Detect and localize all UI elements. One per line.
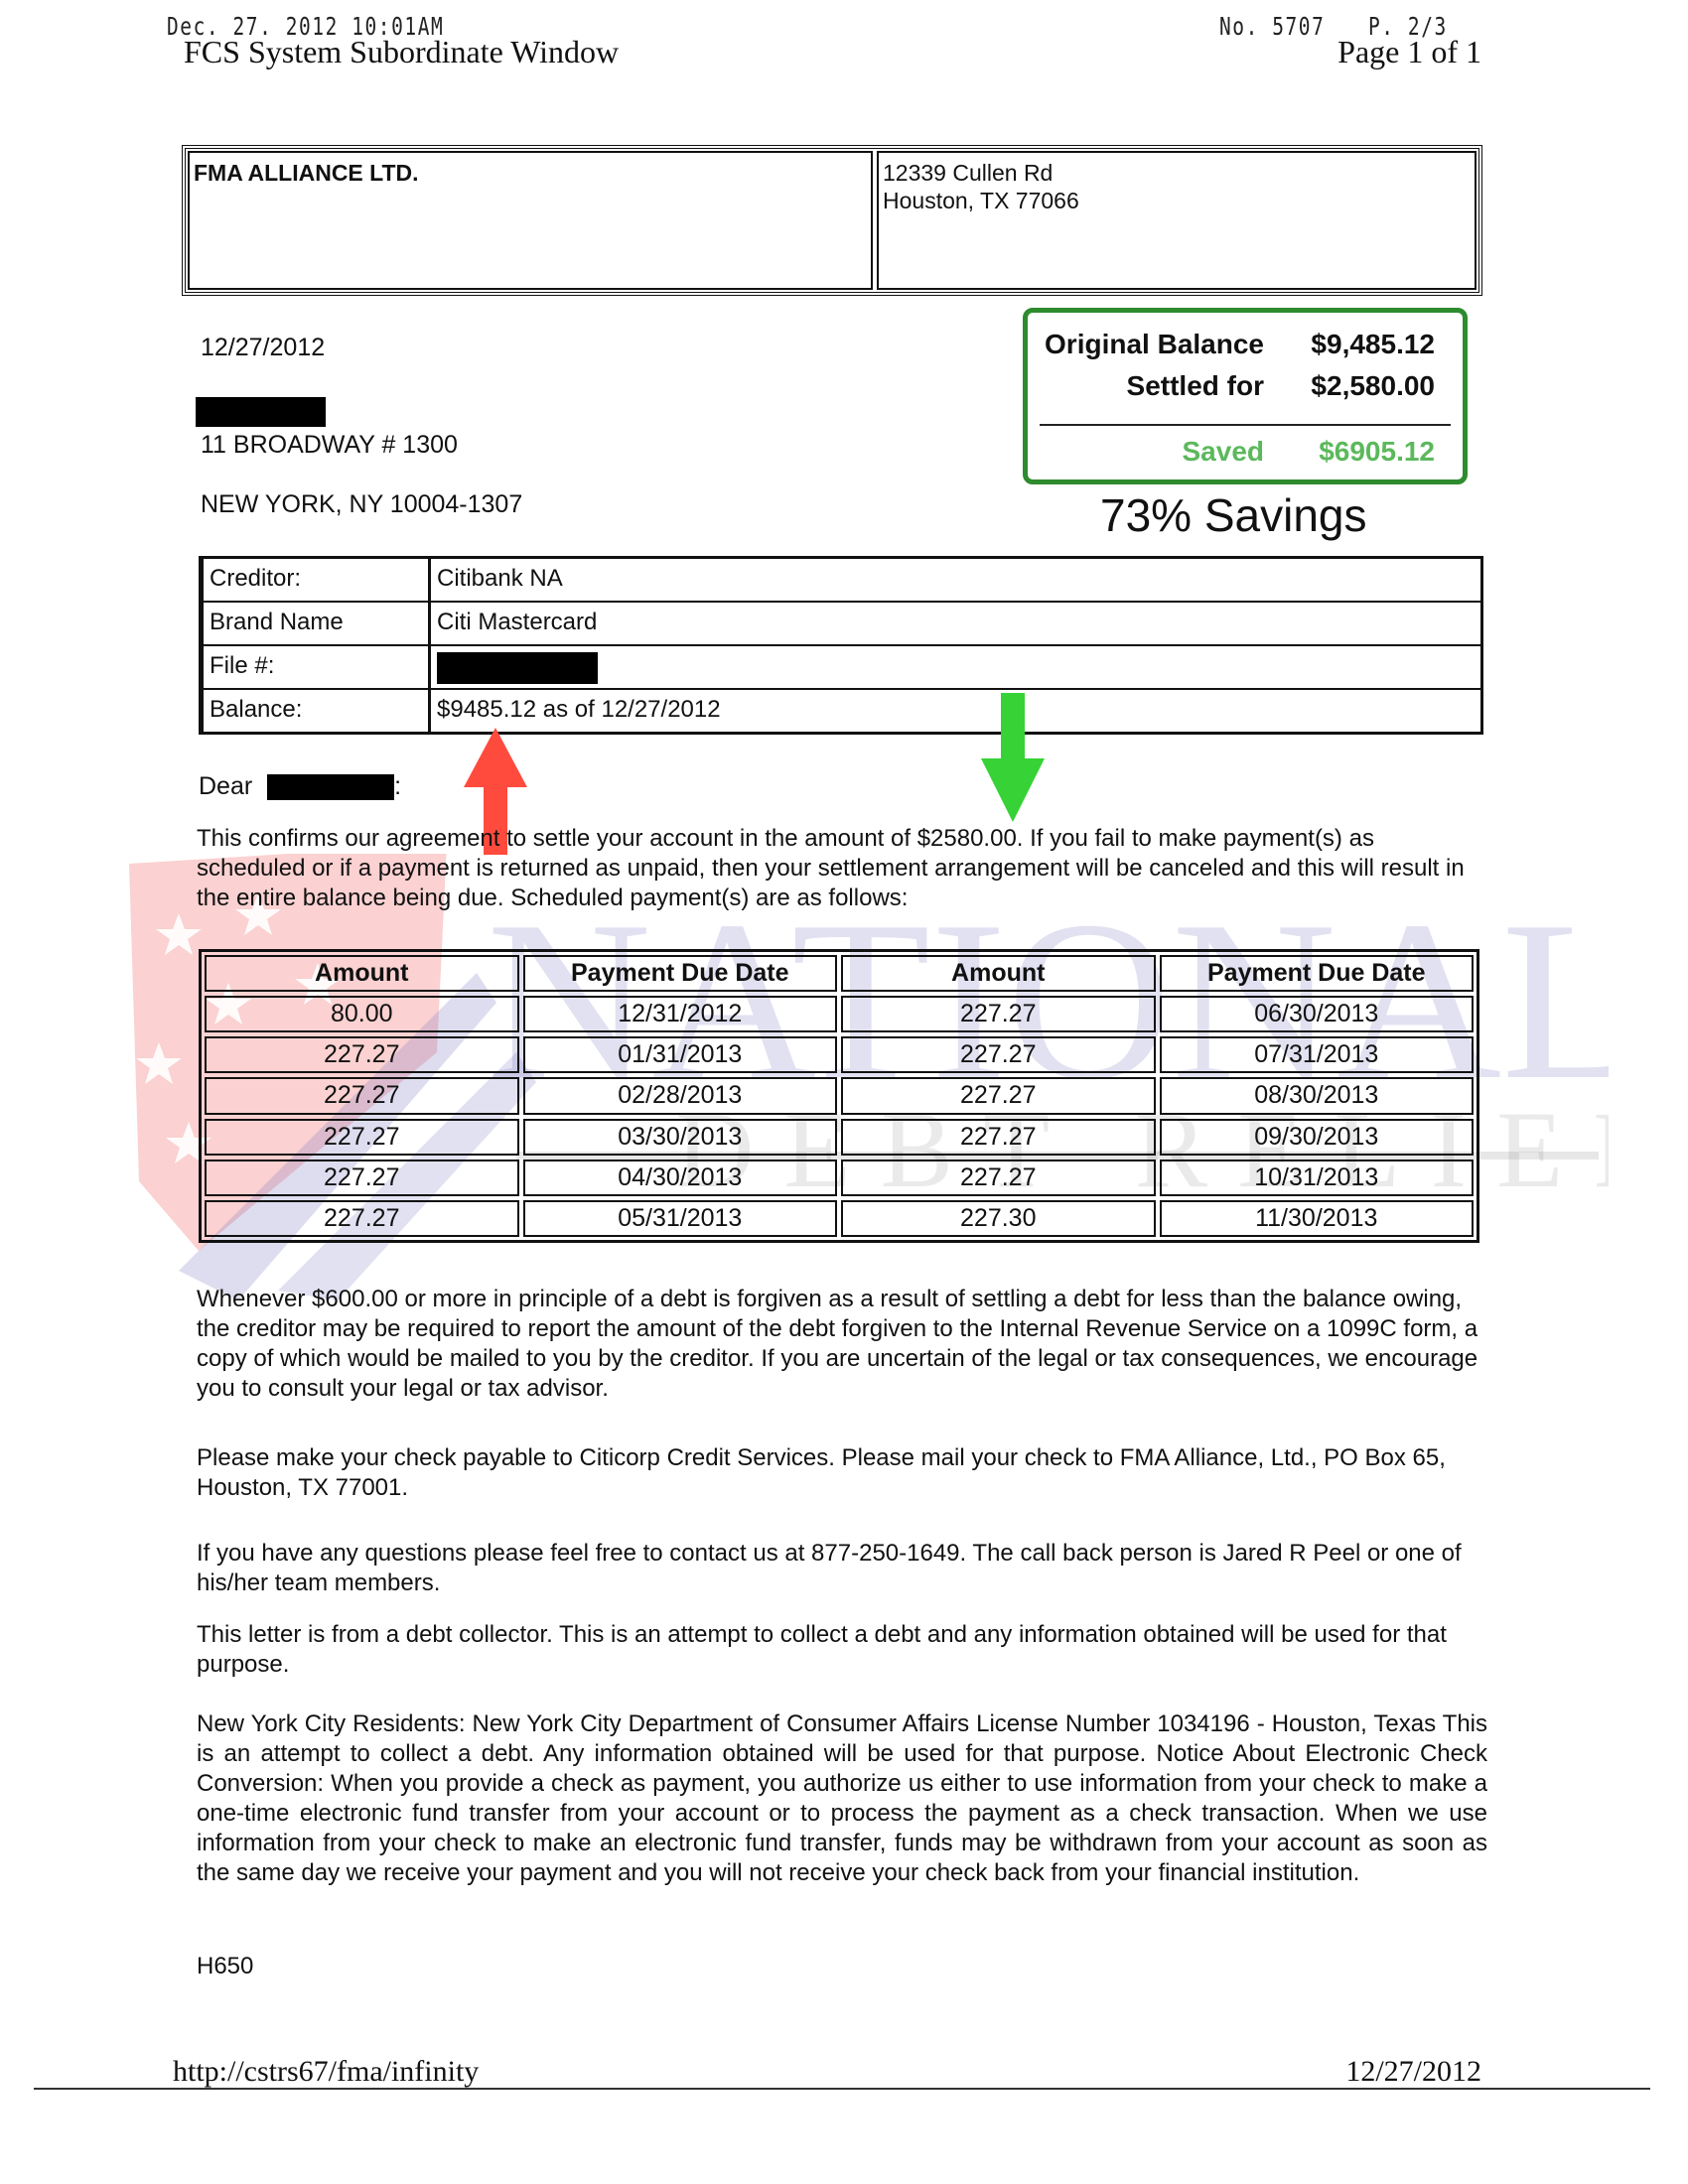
- savings-percent: 73% Savings: [1100, 488, 1367, 542]
- account-value: $9485.12 as of 12/27/2012: [430, 690, 1480, 732]
- account-info-table: Creditor: Citibank NA Brand Name Citi Ma…: [199, 556, 1483, 735]
- original-balance-row: Original Balance $9,485.12: [1045, 329, 1435, 360]
- schedule-date-cell: 04/30/2013: [523, 1160, 838, 1196]
- schedule-date-cell: 11/30/2013: [1160, 1200, 1475, 1237]
- schedule-date-cell: 07/31/2013: [1160, 1036, 1475, 1073]
- collector-address-line1: 12339 Cullen Rd: [883, 159, 1471, 187]
- salutation-suffix: :: [394, 772, 401, 800]
- contact-paragraph: If you have any questions please feel fr…: [197, 1539, 1487, 1598]
- saved-value: $6905.12: [1276, 436, 1435, 468]
- schedule-header: Payment Due Date: [523, 955, 838, 992]
- footer-date: 12/27/2012: [1345, 2055, 1481, 2089]
- salutation-name-redacted: [267, 774, 394, 800]
- account-row-brand: Brand Name Citi Mastercard: [202, 603, 1480, 646]
- schedule-amount-cell: 227.27: [841, 1119, 1156, 1156]
- summary-divider: [1040, 424, 1451, 426]
- schedule-amount-cell: 227.27: [205, 1119, 519, 1156]
- schedule-amount-cell: 227.30: [841, 1200, 1156, 1237]
- schedule-date-cell: 05/31/2013: [523, 1200, 838, 1237]
- account-value-file: [430, 646, 1480, 688]
- salutation: Dear :: [199, 772, 401, 801]
- settled-for-label: Settled for: [1127, 370, 1264, 402]
- collector-box: FMA ALLIANCE LTD. 12339 Cullen Rd Housto…: [182, 145, 1482, 296]
- schedule-header: Amount: [205, 955, 519, 992]
- account-label: File #:: [202, 646, 430, 688]
- footer-divider: [34, 2088, 1650, 2090]
- schedule-date-cell: 09/30/2013: [1160, 1119, 1475, 1156]
- schedule-date-cell: 06/30/2013: [1160, 996, 1475, 1032]
- debt-collector-disclosure: This letter is from a debt collector. Th…: [197, 1620, 1487, 1680]
- schedule-date-cell: 03/30/2013: [523, 1119, 838, 1156]
- schedule-date-cell: 02/28/2013: [523, 1077, 838, 1114]
- settlement-summary-box: Original Balance $9,485.12 Settled for $…: [1023, 308, 1468, 484]
- intro-paragraph: This confirms our agreement to settle yo…: [197, 824, 1487, 913]
- page-indicator: Page 1 of 1: [1337, 34, 1481, 70]
- account-row-creditor: Creditor: Citibank NA: [202, 559, 1480, 603]
- payment-instructions-paragraph: Please make your check payable to Citico…: [197, 1443, 1487, 1503]
- original-balance-label: Original Balance: [1045, 329, 1264, 360]
- payment-schedule-table: AmountPayment Due DateAmountPayment Due …: [199, 949, 1479, 1243]
- schedule-amount-cell: 227.27: [841, 1077, 1156, 1114]
- schedule-amount-cell: 227.27: [841, 996, 1156, 1032]
- account-row-balance: Balance: $9485.12 as of 12/27/2012: [202, 690, 1480, 732]
- nyc-notice-paragraph: New York City Residents: New York City D…: [197, 1709, 1487, 1888]
- account-label: Balance:: [202, 690, 430, 732]
- schedule-amount-cell: 227.27: [841, 1036, 1156, 1073]
- schedule-date-cell: 12/31/2012: [523, 996, 838, 1032]
- settled-for-row: Settled for $2,580.00: [1127, 370, 1435, 402]
- schedule-amount-cell: 80.00: [205, 996, 519, 1032]
- green-arrow-down-icon: [978, 693, 1048, 822]
- account-value: Citi Mastercard: [430, 603, 1480, 644]
- collector-address: 12339 Cullen Rd Houston, TX 77066: [877, 151, 1477, 290]
- schedule-date-cell: 01/31/2013: [523, 1036, 838, 1073]
- footer-url: http://cstrs67/fma/infinity: [173, 2055, 479, 2089]
- fax-number: No. 5707: [1219, 12, 1325, 41]
- original-balance-value: $9,485.12: [1276, 329, 1435, 360]
- saved-row: Saved $6905.12: [1183, 436, 1436, 468]
- window-title: FCS System Subordinate Window: [184, 34, 619, 70]
- recipient-address-line1: 11 BROADWAY # 1300: [201, 431, 458, 460]
- tax-paragraph: Whenever $600.00 or more in principle of…: [197, 1285, 1487, 1404]
- schedule-amount-cell: 227.27: [205, 1077, 519, 1114]
- saved-label: Saved: [1183, 436, 1265, 468]
- account-value: Citibank NA: [430, 559, 1480, 601]
- recipient-address-line2: NEW YORK, NY 10004-1307: [201, 490, 522, 519]
- recipient-name-redacted: [196, 397, 326, 427]
- schedule-date-cell: 08/30/2013: [1160, 1077, 1475, 1114]
- schedule-amount-cell: 227.27: [205, 1160, 519, 1196]
- schedule-amount-cell: 227.27: [841, 1160, 1156, 1196]
- collector-address-line2: Houston, TX 77066: [883, 187, 1471, 214]
- account-label: Brand Name: [202, 603, 430, 644]
- letter-code: H650: [197, 1952, 1487, 1981]
- schedule-header: Payment Due Date: [1160, 955, 1475, 992]
- letter-date: 12/27/2012: [201, 334, 325, 362]
- account-row-file: File #:: [202, 646, 1480, 690]
- schedule-amount-cell: 227.27: [205, 1036, 519, 1073]
- account-label: Creditor:: [202, 559, 430, 601]
- file-number-redacted: [437, 652, 598, 684]
- collector-name: FMA ALLIANCE LTD.: [188, 151, 873, 290]
- schedule-date-cell: 10/31/2013: [1160, 1160, 1475, 1196]
- schedule-amount-cell: 227.27: [205, 1200, 519, 1237]
- settled-for-value: $2,580.00: [1276, 370, 1435, 402]
- salutation-prefix: Dear: [199, 772, 252, 800]
- schedule-header: Amount: [841, 955, 1156, 992]
